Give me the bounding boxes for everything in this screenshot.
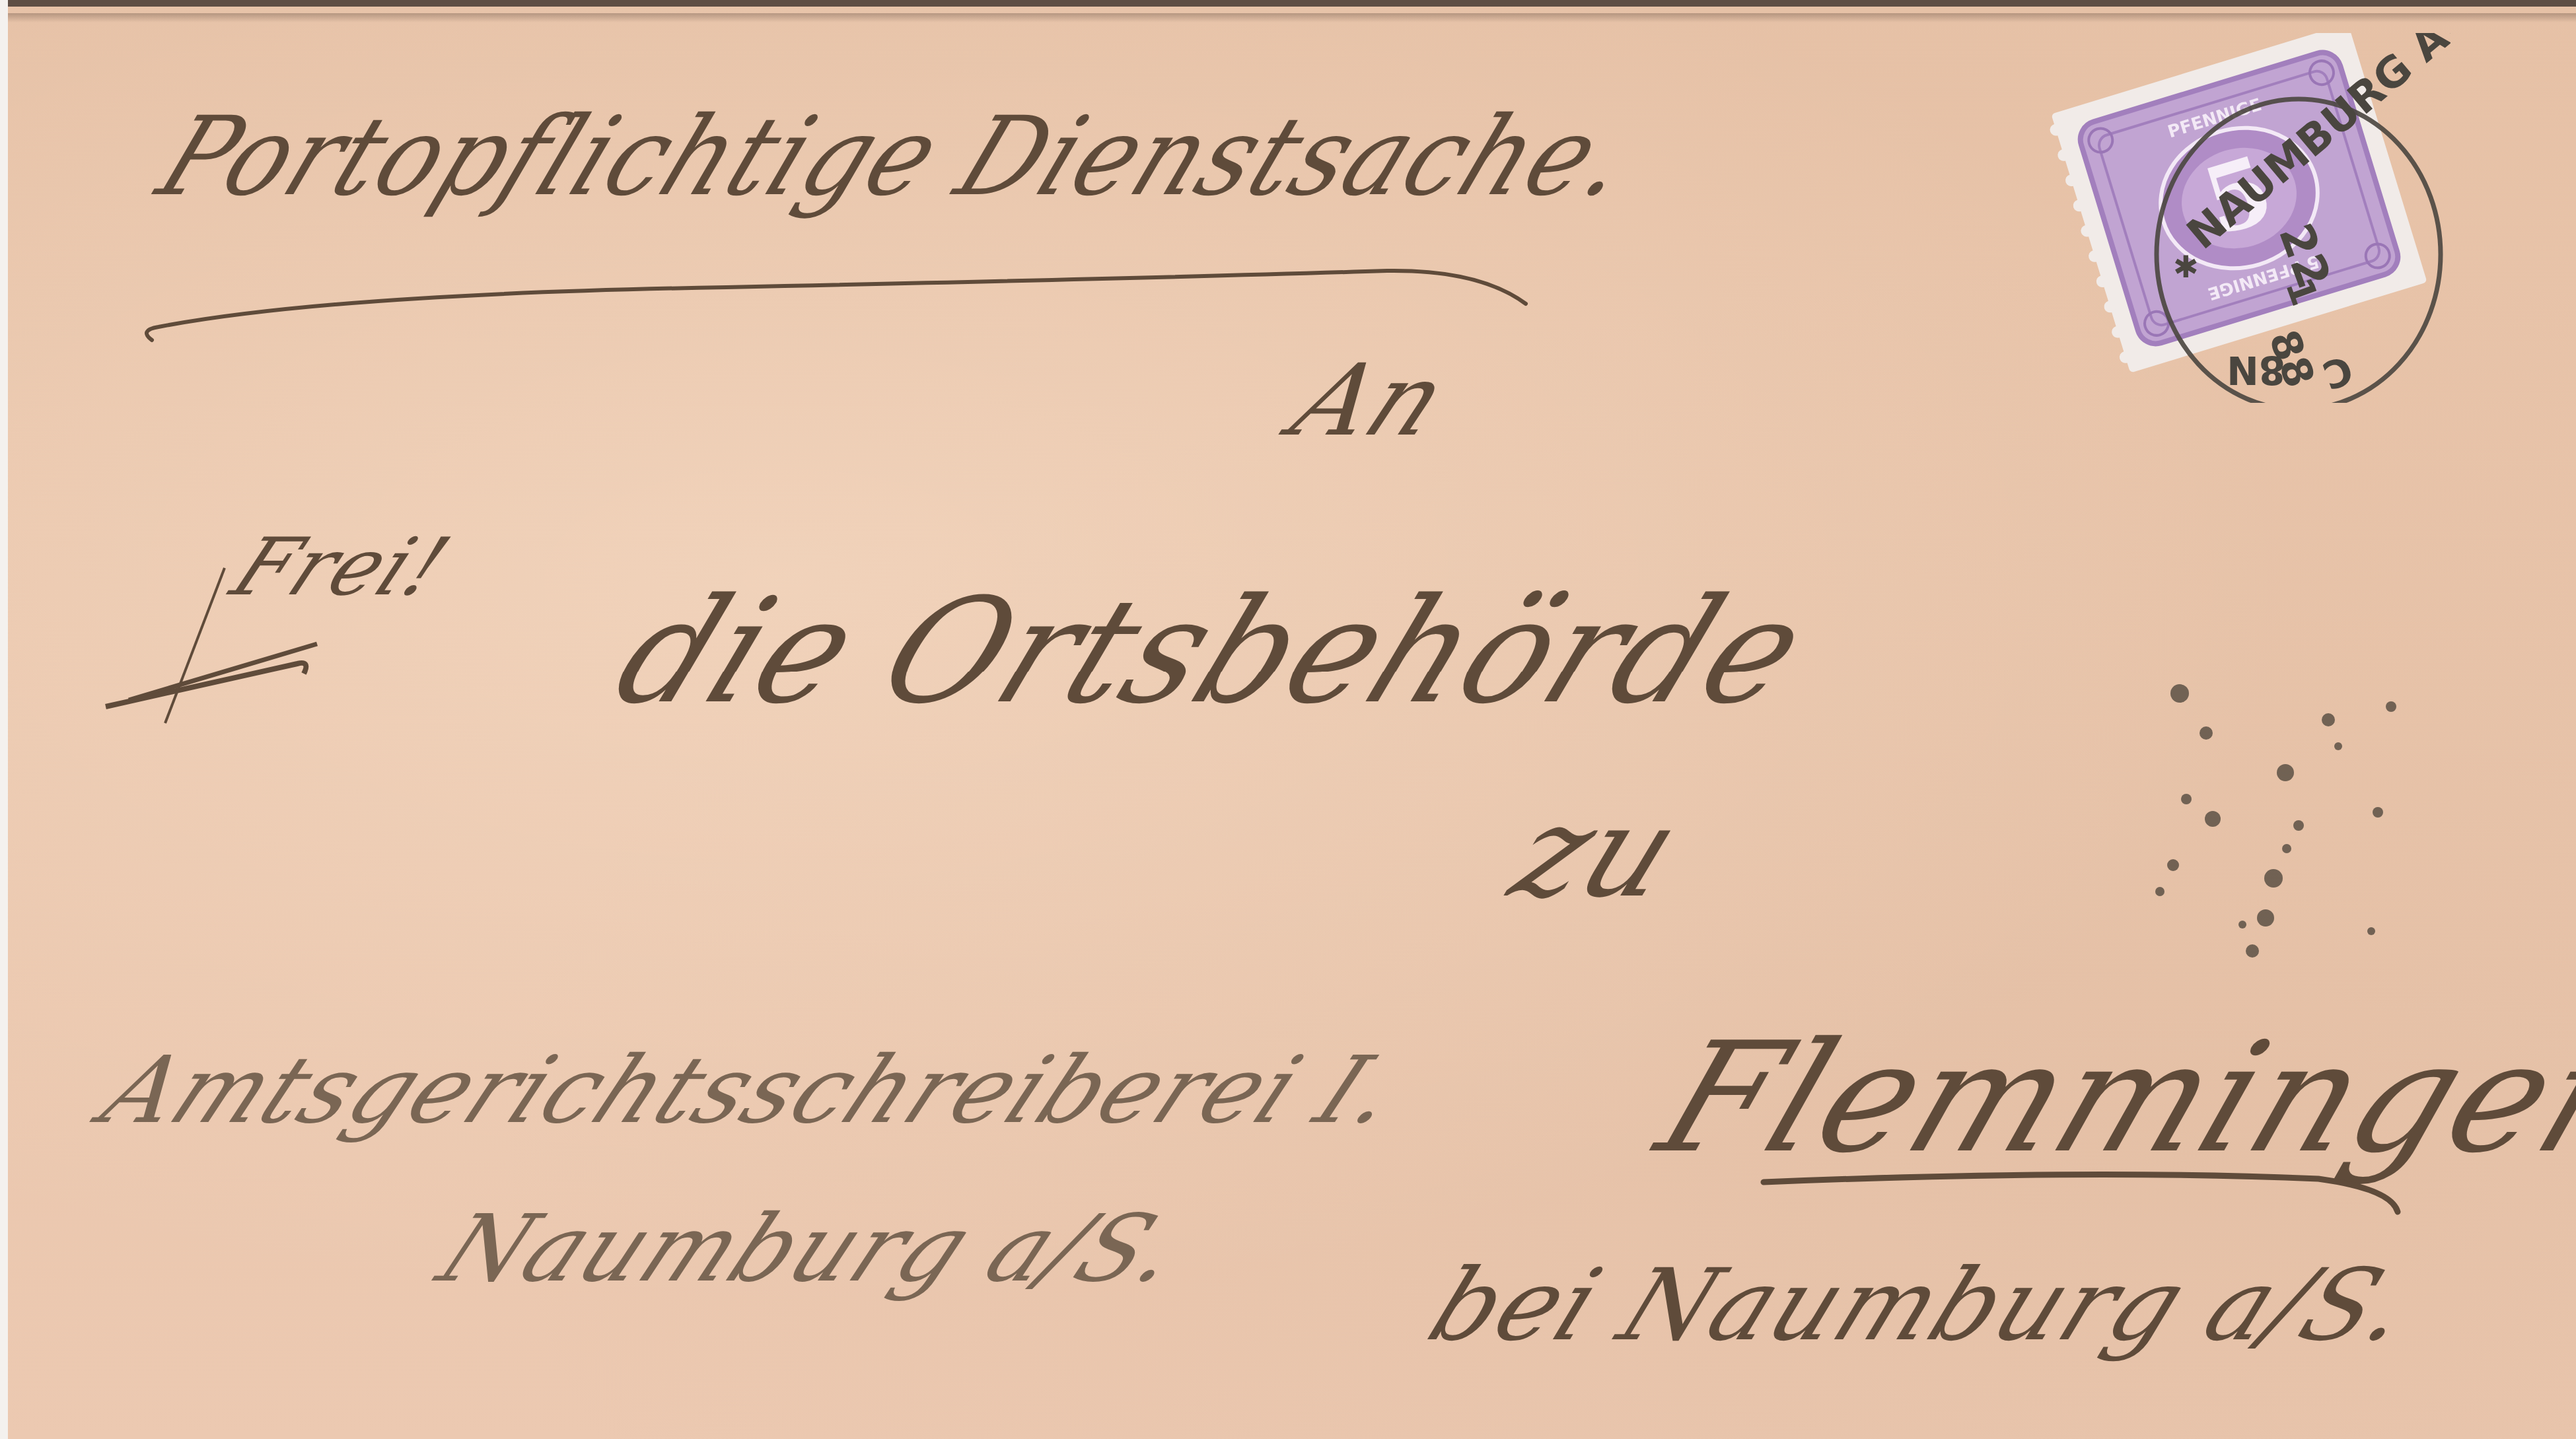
- recipient-name: die Ortsbehörde: [594, 567, 1830, 736]
- postmark-suffix: C: [2317, 347, 2359, 398]
- frei-underline-strokes: [99, 542, 429, 726]
- recipient-locality: bei Naumburg a/S.: [1413, 1248, 2429, 1363]
- place-underline: [1757, 1162, 2484, 1242]
- header-underline: [132, 264, 1849, 357]
- recipient-place: Flemmingen: [1638, 1010, 2576, 1187]
- sender-line2: Naumburg a/S.: [423, 1195, 1201, 1303]
- ink-blot-marks: [2100, 647, 2497, 964]
- envelope-top-edge: [8, 13, 2576, 22]
- header-dienstsache: Portopflichtige Dienstsache.: [142, 94, 1651, 221]
- sender-line1: Amtsgerichtsschreiberei I.: [86, 1037, 1418, 1144]
- postmark-star-icon: ✱: [2173, 249, 2199, 285]
- postmark-time: 8N: [2227, 347, 2285, 392]
- postage-stamp: PFENNIGE 5 PFENNIGE 5 NAUMBURG A.S. 22 1…: [2041, 33, 2451, 403]
